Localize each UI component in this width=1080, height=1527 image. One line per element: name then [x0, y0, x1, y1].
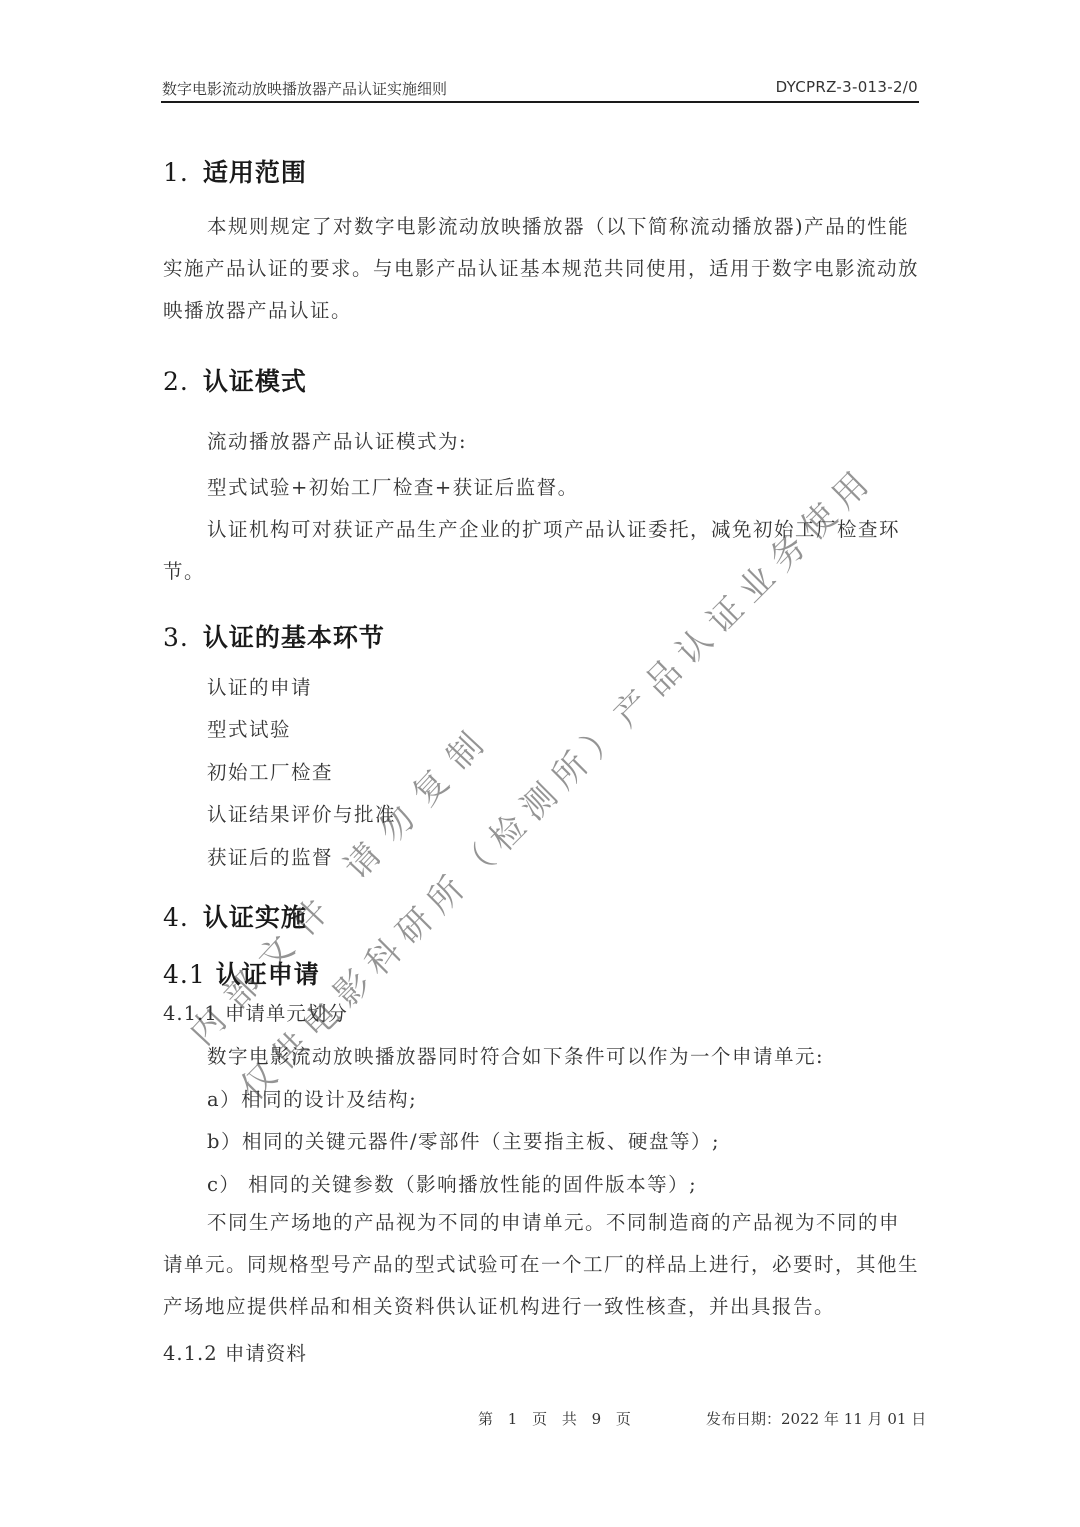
section-title: 认证模式 [203, 367, 307, 396]
section-2-paragraph: 认证机构可对获证产品生产企业的扩项产品认证委托，减免初始工厂检查环节。 [163, 509, 919, 593]
list-item: 认证的申请 [207, 672, 312, 700]
list-item: 认证结果评价与批准 [207, 799, 396, 827]
condition-item: b）相同的关键元器件/零部件（主要指主板、硬盘等）; [207, 1126, 720, 1154]
section-title: 认证的基本环节 [203, 623, 385, 652]
document-title: 数字电影流动放映播放器产品认证实施细则 [162, 78, 447, 99]
section-title: 认证实施 [203, 903, 307, 932]
list-item: 型式试验 [207, 714, 291, 742]
section-number: 4.1 [163, 960, 206, 989]
document-page: 数字电影流动放映播放器产品认证实施细则 DYCPRZ-3-013-2/0 1.适… [0, 0, 1080, 1527]
header-divider [161, 101, 919, 103]
section-title: 适用范围 [203, 158, 307, 187]
list-item: 初始工厂检查 [207, 757, 333, 785]
section-4-1-1-intro: 数字电影流动放映播放器同时符合如下条件可以作为一个申请单元: [207, 1041, 824, 1069]
section-1-heading: 1.适用范围 [163, 153, 307, 189]
section-number: 3. [163, 623, 189, 652]
page-header: 数字电影流动放映播放器产品认证实施细则 DYCPRZ-3-013-2/0 [162, 76, 918, 100]
section-4-1-1-heading: 4.1.1 申请单元划分 [163, 998, 348, 1026]
page-number: 第 1 页 共 9 页 [478, 1408, 636, 1429]
document-code: DYCPRZ-3-013-2/0 [776, 78, 918, 96]
section-1-paragraph: 本规则规定了对数字电影流动放映播放器（以下简称流动播放器)产品的性能实施产品认证… [163, 206, 919, 332]
section-4-heading: 4.认证实施 [163, 898, 307, 934]
section-2-line-1: 流动播放器产品认证模式为: [207, 426, 467, 454]
section-4-1-2-heading: 4.1.2 申请资料 [163, 1338, 307, 1366]
list-item: 获证后的监督 [207, 842, 333, 870]
publish-date: 发布日期：2022 年 11 月 01 日 [706, 1408, 926, 1429]
section-number: 2. [163, 367, 189, 396]
section-2-line-2: 型式试验+初始工厂检查+获证后监督。 [207, 472, 579, 500]
section-number: 4. [163, 903, 189, 932]
section-number: 1. [163, 158, 189, 187]
condition-item: a）相同的设计及结构; [207, 1084, 417, 1112]
condition-item: c） 相同的关键参数（影响播放性能的固件版本等）; [207, 1169, 697, 1197]
section-2-heading: 2.认证模式 [163, 362, 307, 398]
section-4-1-heading: 4.1认证申请 [163, 955, 320, 991]
section-3-heading: 3.认证的基本环节 [163, 618, 385, 654]
section-title: 认证申请 [216, 960, 320, 989]
section-4-1-1-paragraph: 不同生产场地的产品视为不同的申请单元。不同制造商的产品视为不同的申请单元。同规格… [163, 1202, 919, 1328]
